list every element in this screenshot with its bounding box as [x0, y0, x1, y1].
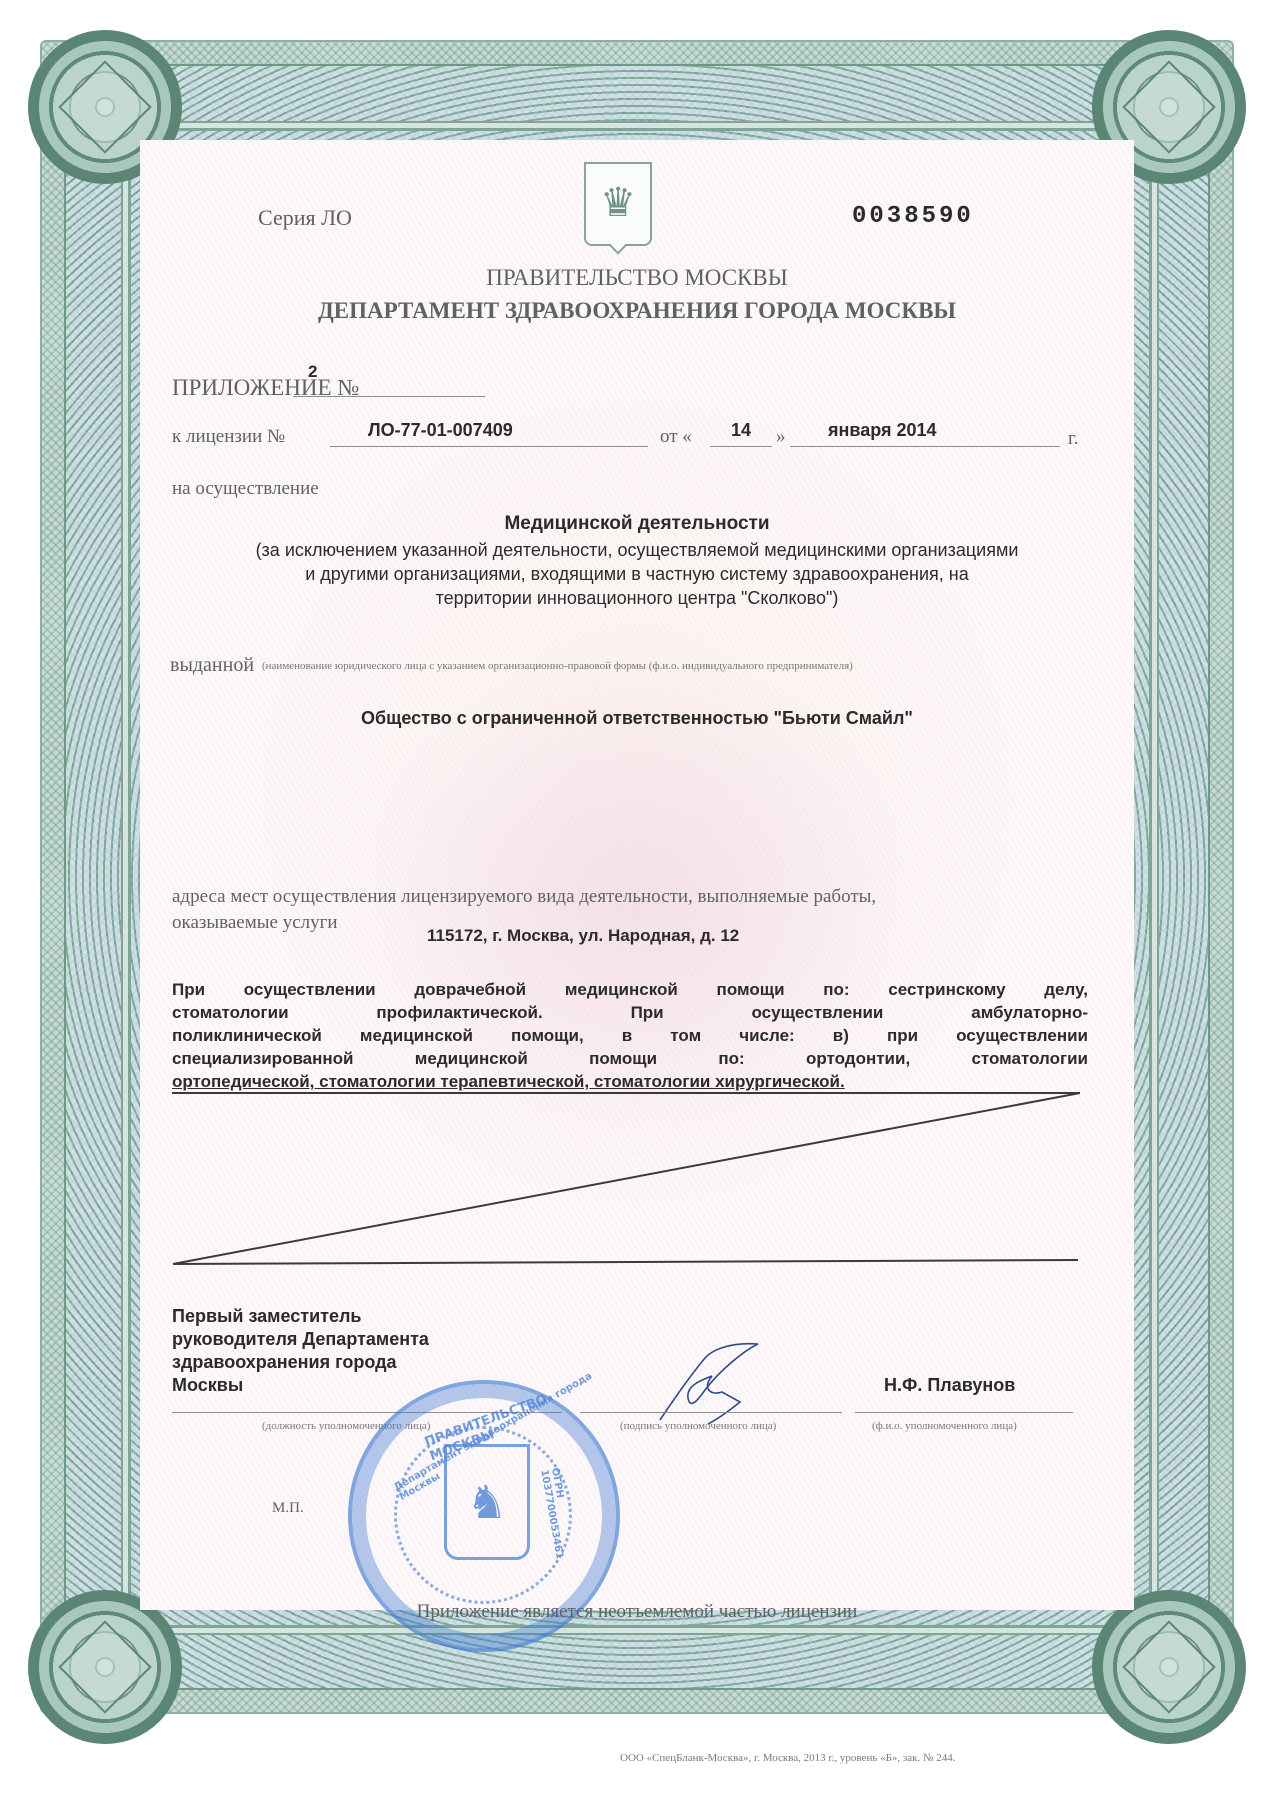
hint-name: (ф.и.о. уполномоченного лица): [872, 1420, 1017, 1432]
seal-place-label: М.П.: [272, 1500, 304, 1517]
signatory-position-line: Первый заместитель: [172, 1305, 429, 1328]
signatory-position-line: здравоохранения города: [172, 1351, 429, 1374]
footer-note: Приложение является неотъемлемой частью …: [0, 1601, 1274, 1623]
license-appendix-sheet: Серия ЛО ♛ 0038590 ПРАВИТЕЛЬСТВО МОСКВЫ …: [0, 0, 1274, 1800]
signatory-position-line: Москвы: [172, 1374, 429, 1397]
name-line: [855, 1412, 1073, 1413]
blank-area-strike-lines: [0, 0, 1274, 1800]
signatory-position-line: руководителя Департамента: [172, 1328, 429, 1351]
signatory-position: Первый заместитель руководителя Департам…: [172, 1305, 429, 1397]
handwritten-signature: [650, 1340, 770, 1430]
signature-line: [580, 1412, 842, 1413]
printer-note: ООО «СпецБланк-Москва», г. Москва, 2013 …: [620, 1752, 955, 1764]
signatory-name: Н.Ф. Плавунов: [884, 1375, 1015, 1396]
hint-signature: (подпись уполномоченного лица): [620, 1420, 776, 1432]
